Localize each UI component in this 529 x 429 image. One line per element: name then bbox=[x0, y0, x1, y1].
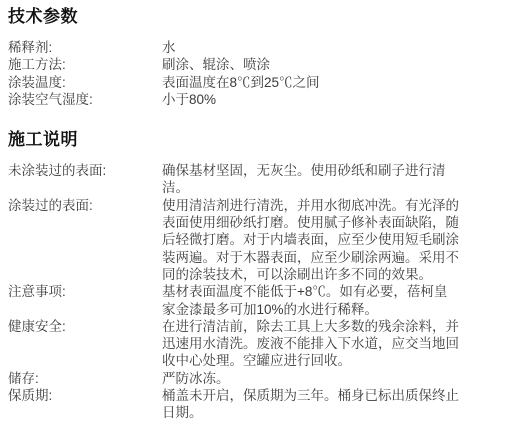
spec-row-precautions: 注意事项: 基材表面温度不能低于+8℃。如有必要，蓓柯皇家金漆最多可加10%的水… bbox=[8, 283, 509, 318]
spec-value: 桶盖未开启，保质期为三年。桶身已标出质保终止日期。 bbox=[162, 387, 460, 422]
spec-label: 未涂装过的表面: bbox=[8, 162, 162, 179]
spec-label: 健康安全: bbox=[8, 318, 162, 335]
section-technical-parameters: 技术参数 稀释剂: 水 施工方法: 刷涂、辊涂、喷涂 涂装温度: 表面温度在8℃… bbox=[8, 6, 509, 108]
spec-value: 刷涂、辊涂、喷涂 bbox=[162, 56, 460, 73]
spec-label: 涂装过的表面: bbox=[8, 197, 162, 214]
spec-label: 稀释剂: bbox=[8, 39, 162, 56]
spec-value: 表面温度在8℃到25℃之间 bbox=[162, 74, 460, 91]
section-title-technical-parameters: 技术参数 bbox=[8, 6, 509, 27]
spec-label: 储存: bbox=[8, 370, 162, 387]
spec-row-shelf-life: 保质期: 桶盖未开启，保质期为三年。桶身已标出质保终止日期。 bbox=[8, 387, 509, 422]
spec-label: 涂装空气湿度: bbox=[8, 91, 162, 108]
spec-row-unpainted-surface: 未涂装过的表面: 确保基材坚固，无灰尘。使用砂纸和刷子进行清洁。 bbox=[8, 162, 509, 197]
spec-rows: 未涂装过的表面: 确保基材坚固，无灰尘。使用砂纸和刷子进行清洁。 涂装过的表面:… bbox=[8, 162, 509, 421]
spec-label: 注意事项: bbox=[8, 283, 162, 300]
spec-label: 保质期: bbox=[8, 387, 162, 404]
spec-value: 在进行清洁前，除去工具上大多数的残余涂料，并迅速用水清洗。废液不能排入下水道，应… bbox=[162, 318, 460, 370]
spec-row-application-method: 施工方法: 刷涂、辊涂、喷涂 bbox=[8, 56, 509, 73]
spec-value: 基材表面温度不能低于+8℃。如有必要，蓓柯皇家金漆最多可加10%的水进行稀释。 bbox=[162, 283, 460, 318]
spec-value: 确保基材坚固，无灰尘。使用砂纸和刷子进行清洁。 bbox=[162, 162, 460, 197]
section-application-instructions: 施工说明 未涂装过的表面: 确保基材坚固，无灰尘。使用砂纸和刷子进行清洁。 涂装… bbox=[8, 129, 509, 421]
section-title-application-instructions: 施工说明 bbox=[8, 129, 509, 150]
spec-label: 涂装温度: bbox=[8, 74, 162, 91]
product-spec-sheet: 技术参数 稀释剂: 水 施工方法: 刷涂、辊涂、喷涂 涂装温度: 表面温度在8℃… bbox=[0, 0, 529, 429]
spec-row-health-safety: 健康安全: 在进行清洁前，除去工具上大多数的残余涂料，并迅速用水清洗。废液不能排… bbox=[8, 318, 509, 370]
spec-value: 水 bbox=[162, 39, 460, 56]
spec-label: 施工方法: bbox=[8, 56, 162, 73]
spec-value: 使用清洁剂进行清洗，并用水彻底冲洗。有光泽的表面使用细砂纸打磨。使用腻子修补表面… bbox=[162, 197, 460, 283]
spec-rows: 稀释剂: 水 施工方法: 刷涂、辊涂、喷涂 涂装温度: 表面温度在8℃到25℃之… bbox=[8, 39, 509, 108]
spec-value: 严防冰冻。 bbox=[162, 370, 460, 387]
spec-row-painted-surface: 涂装过的表面: 使用清洁剂进行清洗，并用水彻底冲洗。有光泽的表面使用细砂纸打磨。… bbox=[8, 197, 509, 283]
spec-value: 小于80% bbox=[162, 91, 460, 108]
spec-row-air-humidity: 涂装空气湿度: 小于80% bbox=[8, 91, 509, 108]
spec-row-storage: 储存: 严防冰冻。 bbox=[8, 370, 509, 387]
spec-row-diluent: 稀释剂: 水 bbox=[8, 39, 509, 56]
spec-row-application-temperature: 涂装温度: 表面温度在8℃到25℃之间 bbox=[8, 74, 509, 91]
